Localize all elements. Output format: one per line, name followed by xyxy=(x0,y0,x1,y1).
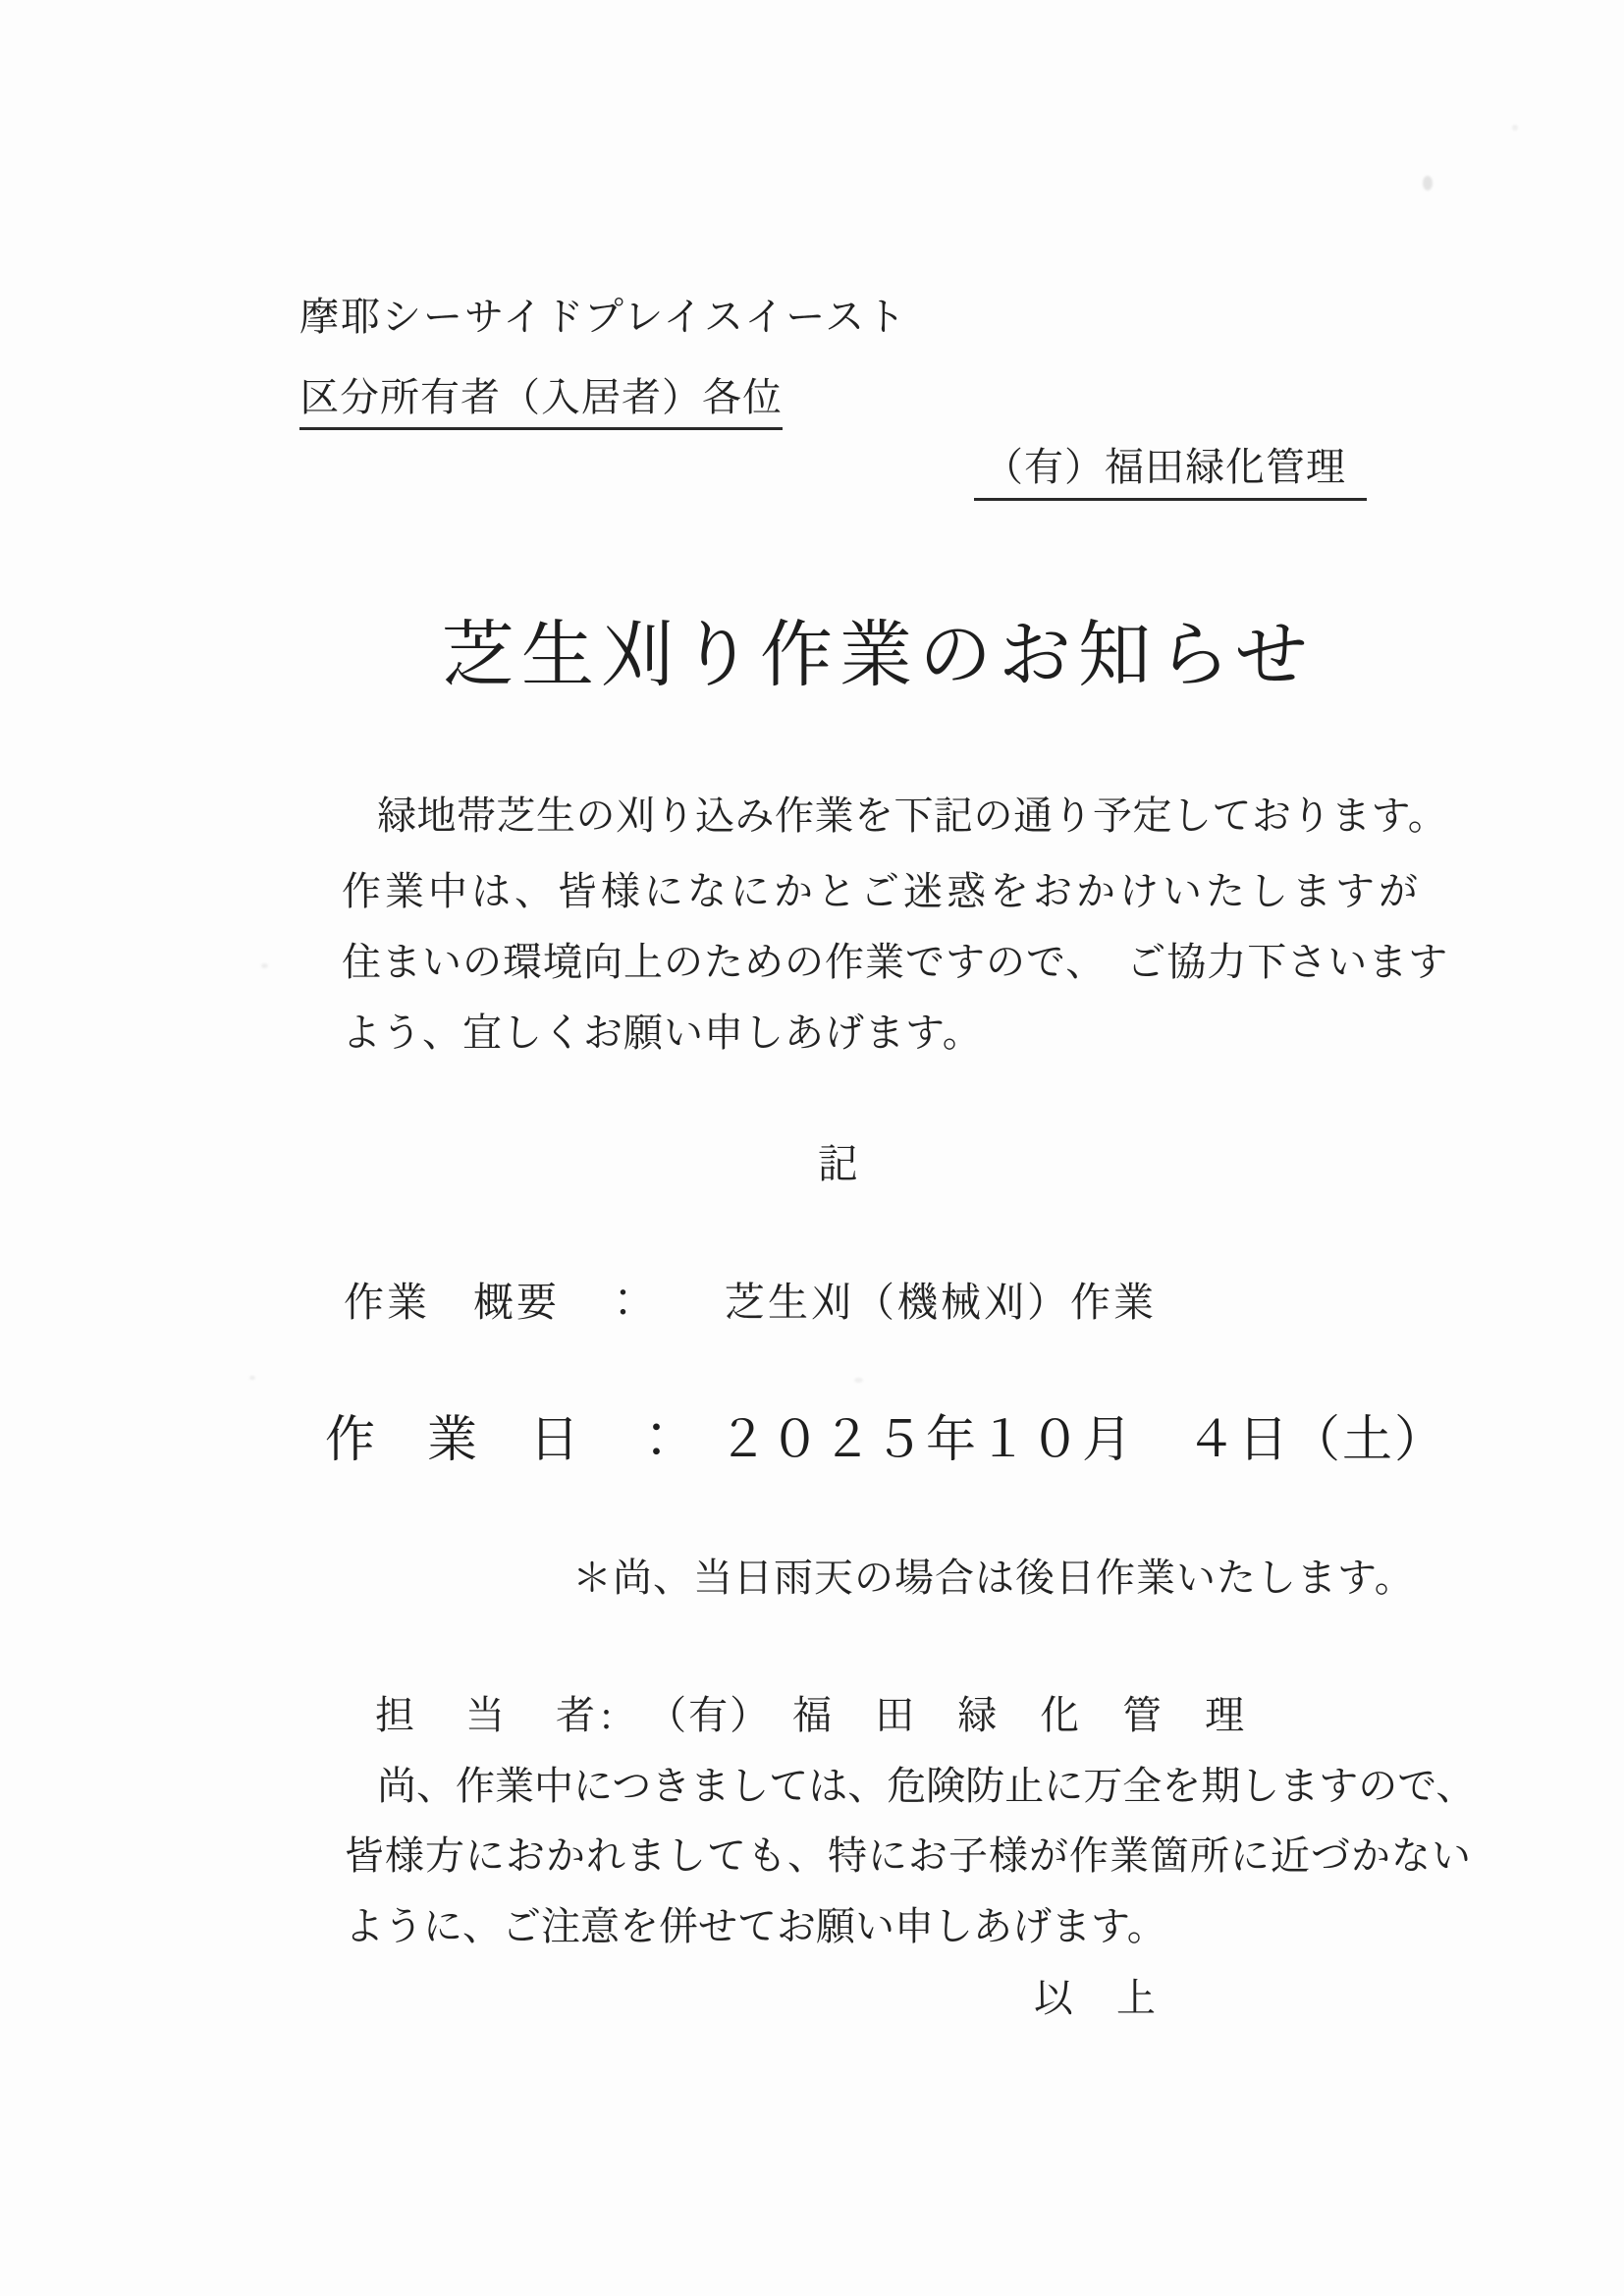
notice-title: 芝生刈り作業のお知らせ xyxy=(442,597,1315,701)
record-marker: 記 xyxy=(818,1131,858,1189)
scan-artifact xyxy=(1423,176,1433,191)
scan-artifact xyxy=(1512,125,1518,131)
scan-artifact xyxy=(261,963,268,968)
closing-mark: 以 上 xyxy=(1034,1967,1158,2023)
scan-artifact xyxy=(249,1376,255,1380)
work-date-value: ２０２５年１０月 ４日（土） xyxy=(718,1413,1446,1468)
person-in-charge-label: 担 当 者: xyxy=(375,1693,618,1737)
intro-line-1: 緑地帯芝生の刈り込み作業を下記の通り予定しております。 xyxy=(377,785,1447,841)
intro-line-3: 住まいの環境向上のための作業ですので、 ご協力下さいます xyxy=(342,931,1448,987)
caution-line-1: 尚、作業中につきましては、危険防止に万全を期しますので、 xyxy=(377,1755,1475,1811)
person-in-charge-value: （有） 福 田 緑 化 管 理 xyxy=(647,1693,1246,1737)
work-date-row: 作 業 日 ：２０２５年１０月 ４日（土） xyxy=(325,1398,1446,1471)
scanned-notice-page: 摩耶シーサイドプレイスイースト 区分所有者（入居者）各位 （有）福田緑化管理 芝… xyxy=(0,0,1624,2296)
rain-note: ＊尚、当日雨天の場合は後日作業いたします。 xyxy=(572,1547,1415,1603)
caution-line-2: 皆様方におかれましても、特にお子様が作業箇所に近づかない xyxy=(345,1825,1472,1881)
caution-line-3: ように、ご注意を併せてお願い申しあげます。 xyxy=(345,1895,1166,1951)
work-summary-label: 作業 概要 ： xyxy=(344,1280,646,1325)
intro-line-2: 作業中は、皆様になにかとご迷惑をおかけいたしますが xyxy=(342,860,1422,916)
scan-artifact xyxy=(854,1378,863,1383)
sender-company-name: （有）福田緑化管理 xyxy=(974,436,1367,501)
recipient-addressee: 区分所有者（入居者）各位 xyxy=(299,366,783,430)
person-in-charge-row: 担 当 者:（有） 福 田 緑 化 管 理 xyxy=(375,1684,1246,1740)
recipient-building-name: 摩耶シーサイドプレイスイースト xyxy=(299,286,907,342)
work-summary-value: 芝生刈（機械刈）作業 xyxy=(725,1280,1157,1325)
work-summary-row: 作業 概要 ：芝生刈（機械刈）作業 xyxy=(344,1270,1157,1328)
work-date-label: 作 業 日 ： xyxy=(325,1413,682,1468)
intro-line-4: よう、宜しくお願い申しあげます。 xyxy=(342,1002,983,1058)
